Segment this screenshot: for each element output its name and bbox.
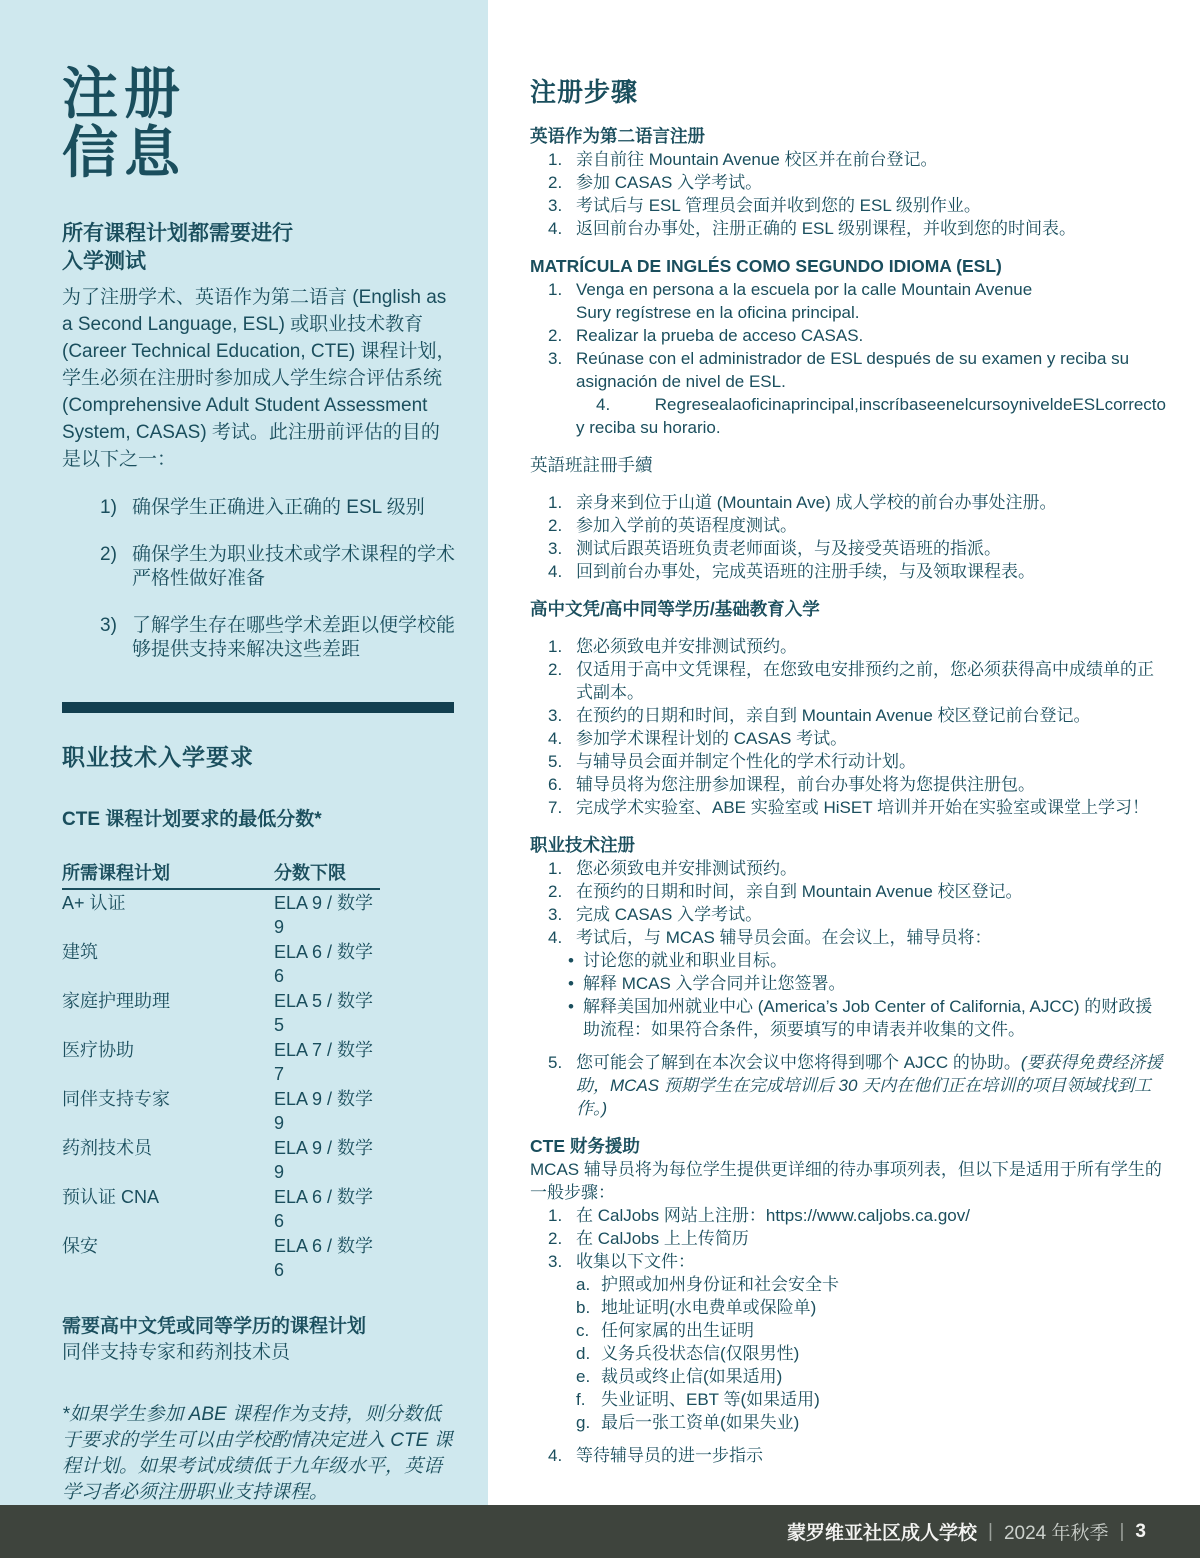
item-text: 在 CalJobs 上上传简历	[576, 1227, 1166, 1250]
item-text: Reúnase con el administrador de ESL desp…	[576, 347, 1166, 393]
column-header-program: 所需课程计划	[62, 861, 274, 890]
document-item: c. 任何家属的出生证明	[530, 1319, 1166, 1342]
purpose-item: 1) 确保学生正确进入正确的 ESL 级别	[62, 496, 456, 520]
item-number: 4.	[548, 217, 576, 240]
item-number: 4.	[548, 1444, 576, 1467]
item-number: 4.	[548, 560, 576, 583]
bullet-dot: •	[568, 995, 583, 1041]
item-number: 3.	[548, 704, 576, 727]
item-text: 在 CalJobs 网站上注册：https://www.caljobs.ca.g…	[576, 1204, 1166, 1227]
item-letter: a.	[576, 1273, 601, 1296]
list-item: 3. 收集以下文件：	[530, 1250, 1166, 1273]
list-item: 1. Venga en persona a la escuela por la …	[530, 278, 1166, 324]
intro-paragraph: 为了注册学术、英语作为第二语言 (English as a Second Lan…	[62, 284, 456, 473]
table-cell-score: ELA 5 / 数学 5	[274, 988, 380, 1037]
table-cell-score: ELA 6 / 数学 6	[274, 1184, 380, 1233]
list-item: 5. 与辅导员会面并制定个性化的学术行动计划。	[530, 750, 1166, 773]
item-number: 4.	[548, 926, 576, 949]
item-number: 2.	[548, 880, 576, 903]
list-item: 3. 测试后跟英语班负责老师面谈，与及接受英语班的指派。	[530, 537, 1166, 560]
column-header-score: 分数下限	[274, 861, 380, 890]
item-number: 2.	[548, 324, 576, 347]
diploma-required-heading: 需要高中文凭或同等学历的课程计划	[62, 1314, 456, 1340]
table-cell-program: 家庭护理助理	[62, 988, 274, 1037]
diploma-required-programs: 同伴支持专家和药剂技术员	[62, 1340, 456, 1366]
document-page: 注册 信息 所有课程计划都需要进行 入学测试 为了注册学术、英语作为第二语言 (…	[0, 0, 1200, 1558]
item-number: 1.	[548, 148, 576, 171]
table-cell-program: A+ 认证	[62, 890, 274, 939]
purpose-item: 2) 确保学生为职业技术或学术课程的学术严格性做好准备	[62, 543, 456, 591]
item-text: 仅适用于高中文凭课程，在您致电安排预约之前，您必须获得高中成绩单的正式副本。	[576, 658, 1166, 704]
abe-footnote: *如果学生参加 ABE 课程作为支持，则分数低于要求的学生可以由学校酌情决定进入…	[62, 1402, 456, 1505]
list-item: 1. 亲自前往 Mountain Avenue 校区并在前台登记。	[530, 148, 1166, 171]
list-item: 3. Reúnase con el administrador de ESL d…	[530, 347, 1166, 393]
item-text: 讨论您的就业和职业目标。	[583, 949, 1166, 972]
intro-heading: 所有课程计划都需要进行 入学测试	[62, 220, 456, 276]
cte-min-scores-heading: CTE 课程计划要求的最低分数*	[62, 804, 456, 831]
item-number: 3.	[548, 194, 576, 217]
item-number: 1.	[548, 491, 576, 514]
list-item: 3. 完成 CASAS 入学考试。	[530, 903, 1166, 926]
list-item: 2. 参加 CASAS 入学考试。	[530, 171, 1166, 194]
item-text-line1: Regresealaoficinaprincipal,inscríbaseene…	[624, 393, 1166, 416]
item-text-regular: 您可能会了解到在本次会议中您将得到哪个 AJCC 的协助。	[576, 1053, 1021, 1072]
item-letter: e.	[576, 1365, 601, 1388]
list-item: 1. 您必须致电并安排测试预约。	[530, 635, 1166, 658]
list-item: 1. 亲身来到位于山道 (Mountain Ave) 成人学校的前台办事处注册。	[530, 491, 1166, 514]
document-item: a. 护照或加州身份证和社会安全卡	[530, 1273, 1166, 1296]
item-text: 在预约的日期和时间，亲自到 Mountain Avenue 校区登记前台登记。	[576, 704, 1166, 727]
item-text: 回到前台办事处，完成英语班的注册手续，与及领取课程表。	[576, 560, 1166, 583]
item-text-line1: Reúnase con el administrador de ESL desp…	[576, 349, 1129, 368]
item-text: 在预约的日期和时间，亲自到 Mountain Avenue 校区登记。	[576, 880, 1166, 903]
item-letter: f.	[576, 1388, 601, 1411]
list-item: 7. 完成学术实验室、ABE 实验室或 HiSET 培训并开始在实验室或课堂上学…	[530, 796, 1166, 819]
item-text: Venga en persona a la escuela por la cal…	[576, 278, 1166, 324]
footer-page-number: 3	[1135, 1521, 1146, 1543]
item-number: 3.	[548, 537, 576, 560]
bullet-dot: •	[568, 949, 583, 972]
intro-heading-line2: 入学测试	[62, 248, 456, 276]
left-column: 注册 信息 所有课程计划都需要进行 入学测试 为了注册学术、英语作为第二语言 (…	[0, 0, 488, 1505]
list-item: 1. 在 CalJobs 网站上注册：https://www.caljobs.c…	[530, 1204, 1166, 1227]
item-text: 测试后跟英语班负责老师面谈，与及接受英语班的指派。	[576, 537, 1166, 560]
footer-separator: |	[1119, 1521, 1124, 1543]
list-item: 4. 考试后，与 MCAS 辅导员会面。在会议上，辅导员将：	[530, 926, 1166, 949]
item-number: 1.	[548, 857, 576, 880]
table-cell-score: ELA 9 / 数学 9	[274, 1135, 380, 1184]
table-cell-score: ELA 9 / 数学 9	[274, 1086, 380, 1135]
table-cell-program: 药剂技术员	[62, 1135, 274, 1184]
item-text: 任何家属的出生证明	[601, 1319, 1166, 1342]
section-heading: 英语作为第二语言注册	[530, 125, 1166, 148]
item-number: 1.	[548, 1204, 576, 1227]
item-text: 完成 CASAS 入学考试。	[576, 903, 1166, 926]
item-letter: b.	[576, 1296, 601, 1319]
item-number: 2)	[100, 543, 132, 591]
item-text: 参加 CASAS 入学考试。	[576, 171, 1166, 194]
item-text: 收集以下文件：	[576, 1250, 1166, 1273]
table-cell-program: 建筑	[62, 939, 274, 988]
table-cell-score: ELA 6 / 数学 6	[274, 1233, 380, 1282]
item-text: 解释 MCAS 入学合同并让您签署。	[583, 972, 1166, 995]
item-number: 2.	[548, 171, 576, 194]
item-text: 亲身来到位于山道 (Mountain Ave) 成人学校的前台办事处注册。	[576, 491, 1166, 514]
list-item: 2. 在预约的日期和时间，亲自到 Mountain Avenue 校区登记。	[530, 880, 1166, 903]
item-text: 裁员或终止信(如果适用)	[601, 1365, 1166, 1388]
section-heading: 高中文凭/高中同等学历/基础教育入学	[530, 598, 1166, 621]
section-cte-registration: 职业技术注册 1. 您必须致电并安排测试预约。 2. 在预约的日期和时间，亲自到…	[530, 834, 1166, 1120]
list-item: 6. 辅导员将为您注册参加课程，前台办事处将为您提供注册包。	[530, 773, 1166, 796]
page-footer: 蒙罗维亚社区成人学校 | 2024 年秋季 | 3	[0, 1505, 1200, 1558]
item-text: 辅导员将为您注册参加课程，前台办事处将为您提供注册包。	[576, 773, 1166, 796]
section-esl-chinese: 英语作为第二语言注册 1. 亲自前往 Mountain Avenue 校区并在前…	[530, 125, 1166, 240]
list-item: 4. 返回前台办事处，注册正确的 ESL 级别课程，并收到您的时间表。	[530, 217, 1166, 240]
right-column: 注册步骤 英语作为第二语言注册 1. 亲自前往 Mountain Avenue …	[488, 0, 1200, 1505]
footer-school-name: 蒙罗维亚社区成人学校	[787, 1518, 977, 1545]
document-item: g. 最后一张工资单(如果失业)	[530, 1411, 1166, 1434]
document-item: f. 失业证明、EBT 等(如果适用)	[530, 1388, 1166, 1411]
item-text: 最后一张工资单(如果失业)	[601, 1411, 1166, 1434]
page-content: 注册 信息 所有课程计划都需要进行 入学测试 为了注册学术、英语作为第二语言 (…	[0, 0, 1200, 1505]
item-text: 考试后与 ESL 管理员会面并收到您的 ESL 级别作业。	[576, 194, 1166, 217]
list-item: 4. 等待辅导员的进一步指示	[530, 1444, 1166, 1467]
list-item: 1. 您必须致电并安排测试预约。	[530, 857, 1166, 880]
list-item: 2. Realizar la prueba de acceso CASAS.	[530, 324, 1166, 347]
section-divider-bar	[62, 702, 454, 713]
item-number: 6.	[548, 773, 576, 796]
cte-requirements-heading: 职业技术入学要求	[62, 739, 456, 772]
item-number: 3.	[548, 1250, 576, 1273]
item-number: 5.	[548, 750, 576, 773]
item-number: 3)	[100, 614, 132, 662]
bullet-item: • 解释 MCAS 入学合同并让您签署。	[530, 972, 1166, 995]
item-number: 4.	[548, 727, 576, 750]
item-text-line2: y reciba su horario.	[530, 416, 1166, 439]
page-title-line2: 信息	[62, 123, 456, 182]
table-cell-program: 保安	[62, 1233, 274, 1282]
item-text: 等待辅导员的进一步指示	[576, 1444, 1166, 1467]
item-text: 确保学生为职业技术或学术课程的学术严格性做好准备	[132, 543, 456, 591]
list-item: 4. 参加学术课程计划的 CASAS 考试。	[530, 727, 1166, 750]
item-text: 参加学术课程计划的 CASAS 考试。	[576, 727, 1166, 750]
bullet-item: • 讨论您的就业和职业目标。	[530, 949, 1166, 972]
item-text: 返回前台办事处，注册正确的 ESL 级别课程，并收到您的时间表。	[576, 217, 1166, 240]
item-number: 1.	[548, 278, 576, 324]
item-text: 确保学生正确进入正确的 ESL 级别	[132, 496, 456, 520]
section-heading: MATRÍCULA DE INGLÉS COMO SEGUNDO IDIOMA …	[530, 255, 1166, 278]
item-text: 与辅导员会面并制定个性化的学术行动计划。	[576, 750, 1166, 773]
section-esl-spanish: MATRÍCULA DE INGLÉS COMO SEGUNDO IDIOMA …	[530, 255, 1166, 439]
intro-heading-line1: 所有课程计划都需要进行	[62, 220, 456, 248]
document-item: d. 义务兵役状态信(仅限男性)	[530, 1342, 1166, 1365]
list-item: 5. 您可能会了解到在本次会议中您将得到哪个 AJCC 的协助。(要获得免费经济…	[530, 1051, 1166, 1120]
table-cell-program: 医疗协助	[62, 1037, 274, 1086]
item-number: 2.	[548, 514, 576, 537]
table-cell-score: ELA 7 / 数学 7	[274, 1037, 380, 1086]
item-number: 4.	[596, 393, 624, 416]
section-cte-financial-aid: CTE 财务援助 MCAS 辅导员将为每位学生提供更详细的待办事项列表，但以下是…	[530, 1135, 1166, 1467]
document-item: b. 地址证明(水电费单或保险单)	[530, 1296, 1166, 1319]
item-text: 完成学术实验室、ABE 实验室或 HiSET 培训并开始在实验室或课堂上学习！	[576, 796, 1166, 819]
section-heading: 职业技术注册	[530, 834, 1166, 857]
page-title-line1: 注册	[62, 64, 456, 123]
item-number: 7.	[548, 796, 576, 819]
item-number: 3.	[548, 347, 576, 393]
item-number: 1.	[548, 635, 576, 658]
section-hs-diploma: 高中文凭/高中同等学历/基础教育入学 1. 您必须致电并安排测试预约。 2. 仅…	[530, 598, 1166, 819]
item-text: 护照或加州身份证和社会安全卡	[601, 1273, 1166, 1296]
footer-term: 2024 年秋季	[1004, 1518, 1109, 1545]
item-text: 失业证明、EBT 等(如果适用)	[601, 1388, 1166, 1411]
table-cell-program: 同伴支持专家	[62, 1086, 274, 1135]
table-cell-program: 预认证 CNA	[62, 1184, 274, 1233]
list-item: 4. Regresealaoficinaprincipal,inscríbase…	[530, 393, 1166, 416]
item-text: 亲自前往 Mountain Avenue 校区并在前台登记。	[576, 148, 1166, 171]
list-item: 2. 在 CalJobs 上上传简历	[530, 1227, 1166, 1250]
section-intro: MCAS 辅导员将为每位学生提供更详细的待办事项列表，但以下是适用于所有学生的一…	[530, 1158, 1166, 1204]
footer-separator: |	[988, 1521, 993, 1543]
table-cell-score: ELA 6 / 数学 6	[274, 939, 380, 988]
item-letter: d.	[576, 1342, 601, 1365]
item-text-line2: asignación de nivel de ESL.	[576, 372, 786, 391]
item-number: 1)	[100, 496, 132, 520]
item-text: 您必须致电并安排测试预约。	[576, 635, 1166, 658]
item-number: 5.	[548, 1051, 576, 1120]
item-text: 参加入学前的英语程度测试。	[576, 514, 1166, 537]
bullet-item: • 解释美国加州就业中心 (America’s Job Center of Ca…	[530, 995, 1166, 1041]
item-text: 义务兵役状态信(仅限男性)	[601, 1342, 1166, 1365]
list-item: 3. 考试后与 ESL 管理员会面并收到您的 ESL 级别作业。	[530, 194, 1166, 217]
item-text: 解释美国加州就业中心 (America’s Job Center of Cali…	[583, 995, 1166, 1041]
table-cell-score: ELA 9 / 数学 9	[274, 890, 380, 939]
item-letter: c.	[576, 1319, 601, 1342]
item-text-line2: Sury regístrese en la oficina principal.	[576, 303, 859, 322]
item-text: Realizar la prueba de acceso CASAS.	[576, 324, 1166, 347]
section-esl-traditional: 英語班註冊手續 1. 亲身来到位于山道 (Mountain Ave) 成人学校的…	[530, 454, 1166, 583]
purpose-item: 3) 了解学生存在哪些学术差距以便学校能够提供支持来解决这些差距	[62, 614, 456, 662]
list-item: 3. 在预约的日期和时间，亲自到 Mountain Avenue 校区登记前台登…	[530, 704, 1166, 727]
item-letter: g.	[576, 1411, 601, 1434]
item-number: 2.	[548, 1227, 576, 1250]
item-text: 地址证明(水电费单或保险单)	[601, 1296, 1166, 1319]
section-heading: 英語班註冊手續	[530, 454, 1166, 477]
item-text-line1: Venga en persona a la escuela por la cal…	[576, 280, 1032, 299]
page-title: 注册 信息	[62, 64, 456, 182]
list-item: 2. 参加入学前的英语程度测试。	[530, 514, 1166, 537]
score-table: 所需课程计划 分数下限 A+ 认证 ELA 9 / 数学 9 建筑 ELA 6 …	[62, 861, 380, 1282]
section-heading: CTE 财务援助	[530, 1135, 1166, 1158]
item-text: 您必须致电并安排测试预约。	[576, 857, 1166, 880]
item-number: 3.	[548, 903, 576, 926]
item-number: 2.	[548, 658, 576, 704]
list-item: 2. 仅适用于高中文凭课程，在您致电安排预约之前，您必须获得高中成绩单的正式副本…	[530, 658, 1166, 704]
item-text: 考试后，与 MCAS 辅导员会面。在会议上，辅导员将：	[576, 926, 1166, 949]
bullet-dot: •	[568, 972, 583, 995]
item-text: 了解学生存在哪些学术差距以便学校能够提供支持来解决这些差距	[132, 614, 456, 662]
document-item: e. 裁员或终止信(如果适用)	[530, 1365, 1166, 1388]
list-item: 4. 回到前台办事处，完成英语班的注册手续，与及领取课程表。	[530, 560, 1166, 583]
item-text: 您可能会了解到在本次会议中您将得到哪个 AJCC 的协助。(要获得免费经济援助，…	[576, 1051, 1166, 1120]
steps-title: 注册步骤	[530, 72, 1166, 109]
